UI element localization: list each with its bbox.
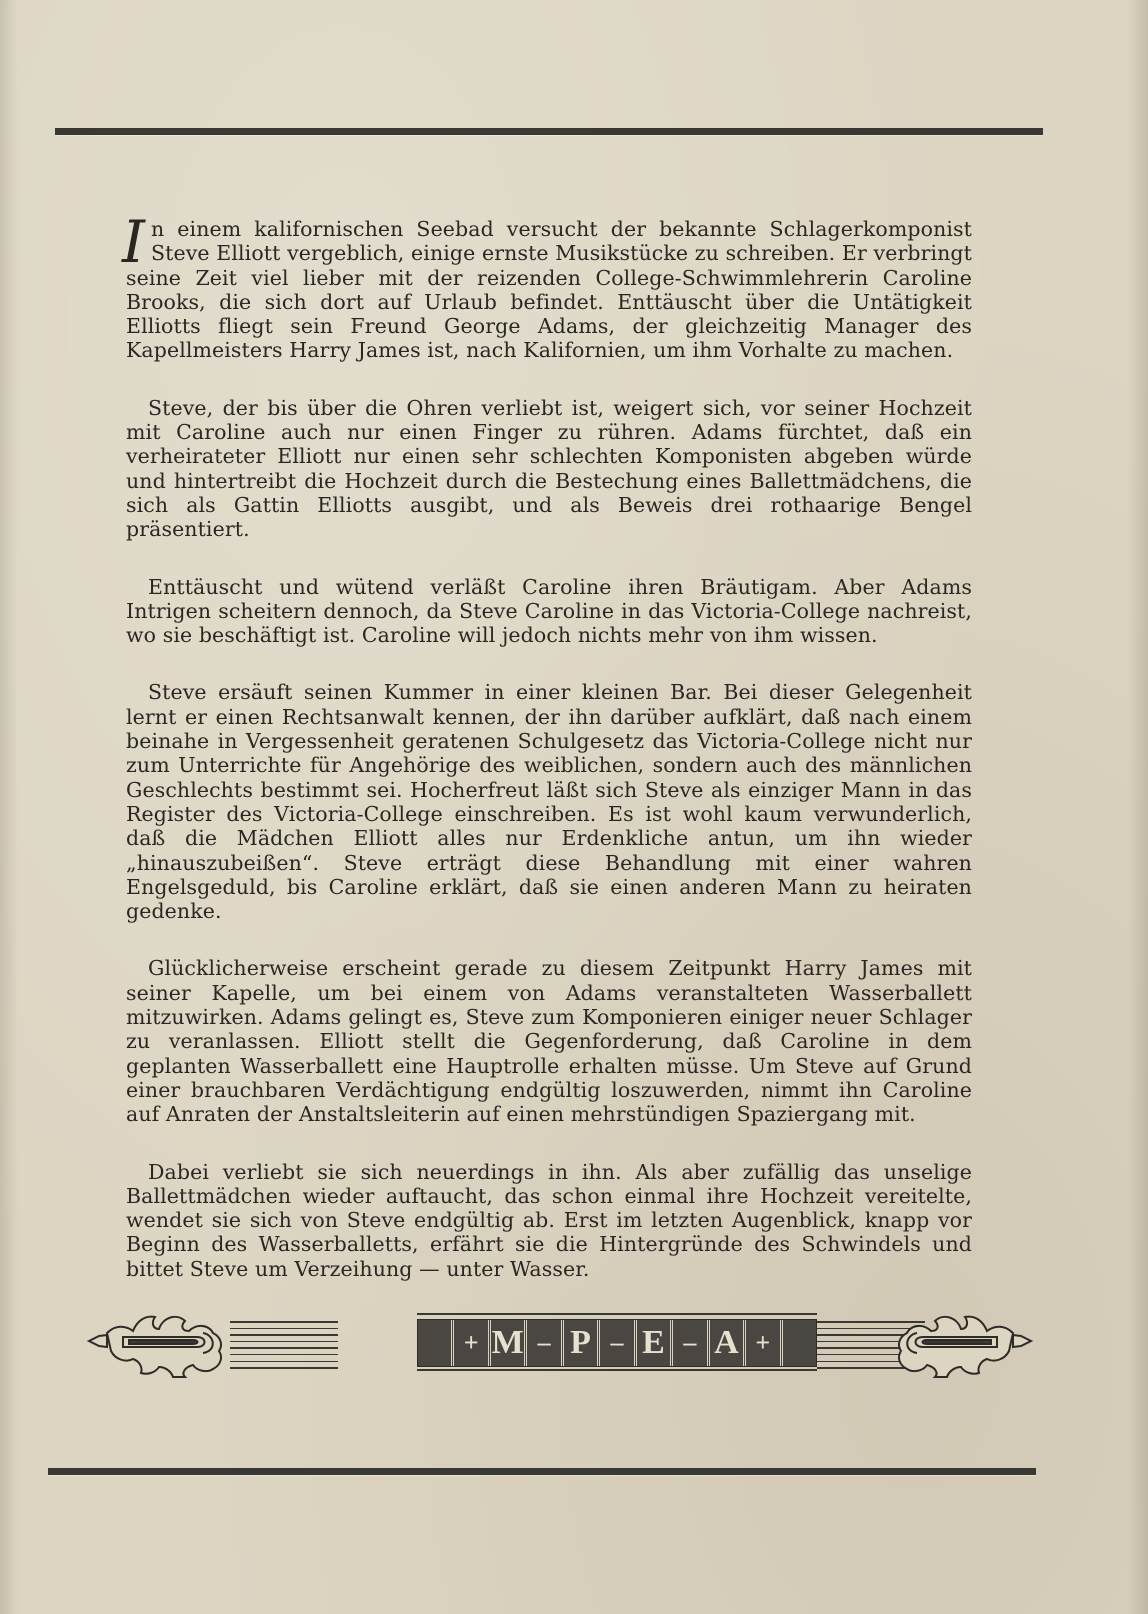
paragraph-2: Steve, der bis über die Ohren verliebt i… xyxy=(126,396,972,542)
nameplate-cell: + xyxy=(454,1320,490,1366)
paragraph-3: Enttäuscht und wütend verläßt Caroline i… xyxy=(126,575,972,648)
acanthus-ornament-icon xyxy=(85,1303,235,1379)
drop-cap: I xyxy=(122,219,145,265)
paragraph-1: In einem kalifornischen Seebad versucht … xyxy=(126,217,972,363)
nameplate-cell: A xyxy=(710,1320,746,1366)
acanthus-ornament-icon xyxy=(885,1303,1035,1379)
nameplate-cell xyxy=(418,1320,454,1366)
paragraph-6: Dabei verliebt sie sich neuerdings in ih… xyxy=(126,1160,972,1281)
nameplate-cell xyxy=(783,1320,816,1366)
bottom-divider-rule xyxy=(48,1468,1036,1475)
mpea-nameplate: +M–P–E–A+ xyxy=(417,1313,817,1371)
nameplate-cell: P xyxy=(564,1320,600,1366)
mpea-emblem: +M–P–E–A+ xyxy=(85,1303,1035,1379)
nameplate-cell: – xyxy=(600,1320,636,1366)
nameplate-cell: – xyxy=(527,1320,563,1366)
paragraph-4: Steve ersäuft seinen Kummer in einer kle… xyxy=(126,680,972,923)
paragraph-5: Glücklicherweise erscheint gerade zu die… xyxy=(126,956,972,1126)
left-line-rules xyxy=(230,1321,338,1367)
top-divider-rule xyxy=(55,128,1043,135)
synopsis-text: In einem kalifornischen Seebad versucht … xyxy=(126,217,972,1314)
nameplate-cell: E xyxy=(637,1320,673,1366)
nameplate-cell: + xyxy=(746,1320,782,1366)
nameplate-cell: – xyxy=(673,1320,709,1366)
nameplate-cell: M xyxy=(491,1320,527,1366)
